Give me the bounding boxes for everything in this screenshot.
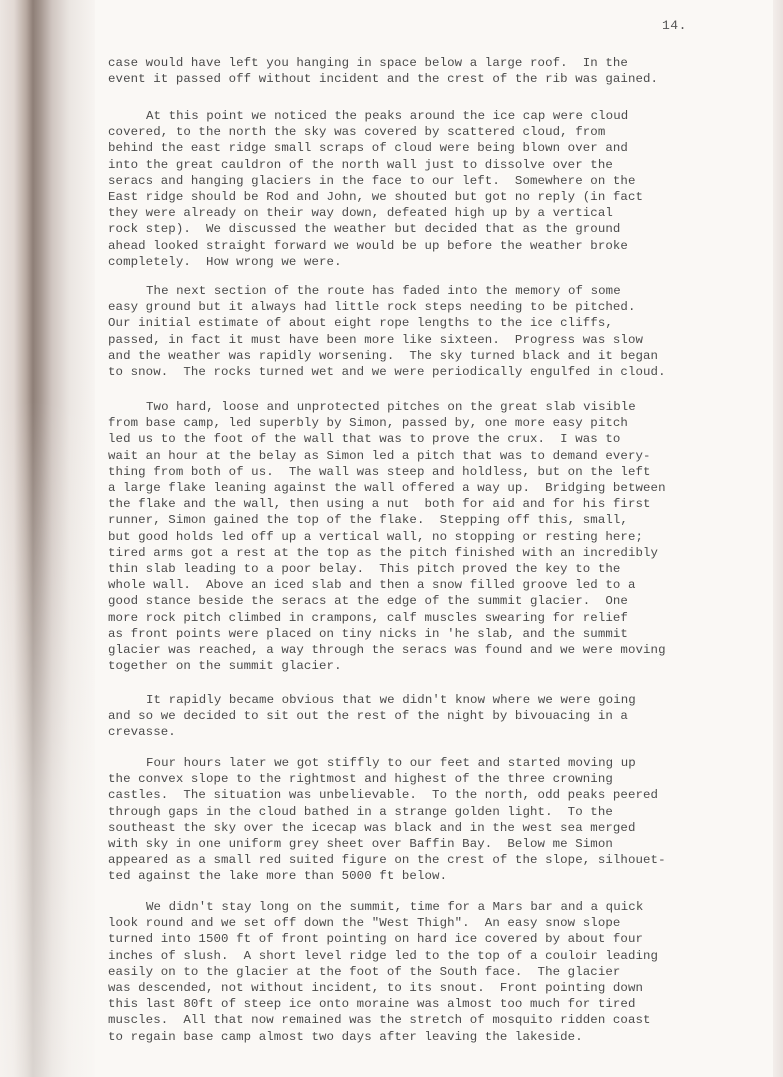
paragraph-2: At this point we noticed the peaks aroun… xyxy=(108,108,708,270)
text-line: rock step). We discussed the weather but… xyxy=(108,221,708,237)
text-line: event it passed off without incident and… xyxy=(108,71,708,87)
text-line: ahead looked straight forward we would b… xyxy=(108,238,708,254)
text-line: into the great cauldron of the north wal… xyxy=(108,157,708,173)
binding-shadow-fade xyxy=(0,0,95,1077)
paragraph-7: We didn't stay long on the summit, time … xyxy=(108,899,708,1045)
text-line: We didn't stay long on the summit, time … xyxy=(108,899,708,915)
scanned-page: 14. case would have left you hanging in … xyxy=(0,0,783,1077)
text-line: thing from both of us. The wall was stee… xyxy=(108,464,708,480)
text-line: case would have left you hanging in spac… xyxy=(108,55,708,71)
text-line: led us to the foot of the wall that was … xyxy=(108,431,708,447)
text-line: tired arms got a rest at the top as the … xyxy=(108,545,708,561)
text-line: It rapidly became obvious that we didn't… xyxy=(108,692,708,708)
text-line: muscles. All that now remained was the s… xyxy=(108,1012,708,1028)
text-line: Four hours later we got stiffly to our f… xyxy=(108,755,708,771)
text-line: this last 80ft of steep ice onto moraine… xyxy=(108,996,708,1012)
text-line: from base camp, led superbly by Simon, p… xyxy=(108,415,708,431)
text-line: runner, Simon gained the top of the flak… xyxy=(108,512,708,528)
text-line: a large flake leaning against the wall o… xyxy=(108,480,708,496)
text-line: as front points were placed on tiny nick… xyxy=(108,626,708,642)
text-line: wait an hour at the belay as Simon led a… xyxy=(108,448,708,464)
paragraph-1: case would have left you hanging in spac… xyxy=(108,55,708,87)
text-line: and so we decided to sit out the rest of… xyxy=(108,708,708,724)
text-line: easy ground but it always had little roc… xyxy=(108,299,708,315)
text-line: Two hard, loose and unprotected pitches … xyxy=(108,399,708,415)
text-line: easily on to the glacier at the foot of … xyxy=(108,964,708,980)
text-line: whole wall. Above an iced slab and then … xyxy=(108,577,708,593)
text-line: good stance beside the seracs at the edg… xyxy=(108,593,708,609)
text-line: inches of slush. A short level ridge led… xyxy=(108,948,708,964)
text-line: East ridge should be Rod and John, we sh… xyxy=(108,189,708,205)
paragraph-6: Four hours later we got stiffly to our f… xyxy=(108,755,708,885)
text-line: with sky in one uniform grey sheet over … xyxy=(108,836,708,852)
text-line: Our initial estimate of about eight rope… xyxy=(108,315,708,331)
text-line: to snow. The rocks turned wet and we wer… xyxy=(108,364,708,380)
text-line: At this point we noticed the peaks aroun… xyxy=(108,108,708,124)
text-line: castles. The situation was unbelievable.… xyxy=(108,787,708,803)
paragraph-5: It rapidly became obvious that we didn't… xyxy=(108,692,708,741)
text-line: but good holds led off up a vertical wal… xyxy=(108,529,708,545)
page-right-edge xyxy=(773,0,783,1077)
text-line: seracs and hanging glaciers in the face … xyxy=(108,173,708,189)
text-line: the convex slope to the rightmost and hi… xyxy=(108,771,708,787)
text-line: appeared as a small red suited figure on… xyxy=(108,852,708,868)
paragraph-4: Two hard, loose and unprotected pitches … xyxy=(108,399,708,674)
text-line: more rock pitch climbed in crampons, cal… xyxy=(108,610,708,626)
text-line: covered, to the north the sky was covere… xyxy=(108,124,708,140)
text-line: look round and we set off down the "West… xyxy=(108,915,708,931)
text-line: completely. How wrong we were. xyxy=(108,254,708,270)
text-line: the flake and the wall, then using a nut… xyxy=(108,496,708,512)
text-line: southeast the sky over the icecap was bl… xyxy=(108,820,708,836)
text-line: glacier was reached, a way through the s… xyxy=(108,642,708,658)
text-line: ted against the lake more than 5000 ft b… xyxy=(108,868,708,884)
text-line: they were already on their way down, def… xyxy=(108,205,708,221)
text-line: through gaps in the cloud bathed in a st… xyxy=(108,804,708,820)
text-line: The next section of the route has faded … xyxy=(108,283,708,299)
text-line: was descended, not without incident, to … xyxy=(108,980,708,996)
text-line: turned into 1500 ft of front pointing on… xyxy=(108,931,708,947)
text-line: passed, in fact it must have been more l… xyxy=(108,332,708,348)
text-line: behind the east ridge small scraps of cl… xyxy=(108,140,708,156)
text-line: together on the summit glacier. xyxy=(108,658,708,674)
paragraph-3: The next section of the route has faded … xyxy=(108,283,708,380)
text-line: to regain base camp almost two days afte… xyxy=(108,1029,708,1045)
text-line: crevasse. xyxy=(108,724,708,740)
text-line: thin slab leading to a poor belay. This … xyxy=(108,561,708,577)
page-number: 14. xyxy=(662,18,687,33)
text-line: and the weather was rapidly worsening. T… xyxy=(108,348,708,364)
